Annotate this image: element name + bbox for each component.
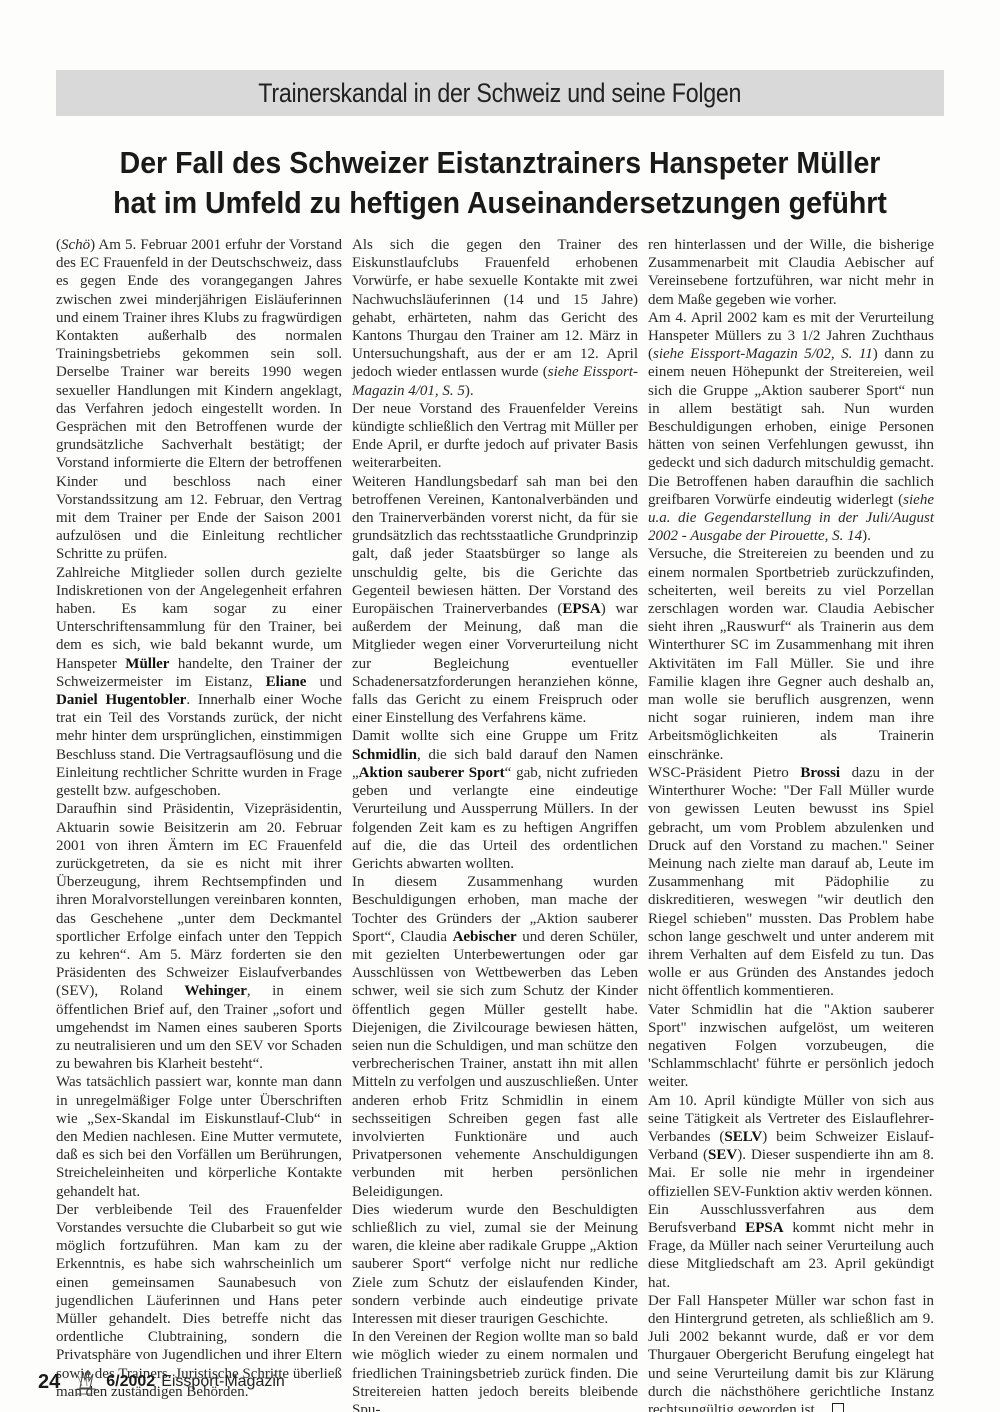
section-banner: Trainerskandal in der Schweiz und seine … — [56, 70, 944, 116]
magazine-name: Eissport-Magazin — [161, 1373, 285, 1391]
bold-name: EPSA — [562, 601, 600, 617]
text-run: Weiteren Handlungsbedarf sah man bei den… — [352, 474, 638, 617]
article-paragraph: Ein Ausschlussverfahren aus dem Berufsve… — [648, 1201, 934, 1292]
text-run: Als sich die gegen den Trainer des Eisku… — [352, 237, 638, 380]
text-run: ). — [862, 528, 871, 544]
page-footer: 24 6/2002 Eissport-Magazin — [38, 1368, 285, 1396]
bold-name: EPSA — [745, 1220, 783, 1236]
article-paragraph: Der Fall Hanspeter Müller war schon fast… — [648, 1292, 934, 1412]
article-paragraph: Versuche, die Streitereien zu beenden un… — [648, 545, 934, 763]
bold-name: Daniel Hugentobler — [56, 692, 186, 708]
article-paragraph: WSC-Präsident Pietro Brossi dazu in der … — [648, 764, 934, 1001]
text-run: Was tatsächlich passiert war, konnte man… — [56, 1074, 342, 1199]
text-run: ) war außerdem der Meinung, daß man die … — [352, 601, 638, 726]
text-run: Der neue Vorstand des Frauenfelder Verei… — [352, 401, 638, 472]
text-run: und — [306, 674, 342, 690]
text-run: Vater Schmidlin hat die "Aktion sauberer… — [648, 1002, 934, 1091]
italic-reference: siehe Eissport-Magazin 5/02, S. 11 — [653, 346, 873, 362]
article-paragraph: Dies wiederum wurde den Beschuldigten sc… — [352, 1201, 638, 1328]
article-paragraph: Weiteren Handlungsbedarf sah man bei den… — [352, 473, 638, 728]
bold-name: Eliane — [266, 674, 307, 690]
article-paragraph: Als sich die gegen den Trainer des Eisku… — [352, 236, 638, 400]
bold-name: SEV — [708, 1147, 737, 1163]
headline-line-2: hat im Umfeld zu heftigen Auseinanderset… — [68, 183, 933, 223]
article-headline: Der Fall des Schweizer Eistanztrainers H… — [30, 143, 970, 223]
bold-name: Wehinger — [184, 983, 247, 999]
text-run: ) Am 5. Februar 2001 erfuhr der Vorstand… — [56, 237, 342, 562]
article-paragraph: Damit wollte sich eine Gruppe um Fritz S… — [352, 727, 638, 873]
article-paragraph: Vater Schmidlin hat die "Aktion sauberer… — [648, 1001, 934, 1092]
bold-name: SELV — [724, 1129, 762, 1145]
page-number: 24 — [38, 1371, 60, 1394]
text-run: ) dann zu einem neuen Höhepunkt der Stre… — [648, 346, 934, 508]
headline-line-1: Der Fall des Schweizer Eistanztrainers H… — [68, 143, 933, 183]
article-paragraph: Zahlreiche Mitglieder sollen durch gezie… — [56, 564, 342, 801]
article-paragraph: Daraufhin sind Präsidentin, Vizepräsiden… — [56, 800, 342, 1073]
text-run: Der Fall Hanspeter Müller war schon fast… — [648, 1293, 934, 1412]
issue-number: 6/2002 — [106, 1373, 155, 1391]
text-run: Versuche, die Streitereien zu beenden un… — [648, 546, 934, 762]
text-run: ren hinterlassen und der Wille, die bish… — [648, 237, 934, 308]
end-of-article-square-icon — [832, 1403, 844, 1412]
text-run: . Innerhalb einer Woche trat ein Teil de… — [56, 692, 342, 799]
text-run: WSC-Präsident Pietro — [648, 765, 800, 781]
text-run: In den Vereinen der Region wollte man so… — [352, 1329, 638, 1412]
bold-name: Müller — [125, 656, 169, 672]
skater-logo-icon — [72, 1368, 98, 1396]
article-paragraph: Der neue Vorstand des Frauenfelder Verei… — [352, 400, 638, 473]
article-column-1: (Schö) Am 5. Februar 2001 erfuhr der Vor… — [56, 236, 342, 1401]
text-run: ). — [465, 383, 474, 399]
bold-name: Aktion sauberer Sport — [359, 765, 505, 781]
text-run: dazu in der Winterthurer Woche: "Der Fal… — [648, 765, 934, 999]
article-paragraph: Was tatsächlich passiert war, konnte man… — [56, 1073, 342, 1200]
bold-name: Aebischer — [453, 929, 517, 945]
italic-reference: Schö — [61, 237, 90, 253]
text-run: Daraufhin sind Präsidentin, Vizepräsiden… — [56, 801, 342, 999]
text-run: Dies wiederum wurde den Beschuldigten sc… — [352, 1202, 638, 1327]
section-title: Trainerskandal in der Schweiz und seine … — [259, 78, 742, 109]
text-run: und deren Schüler, mit gezielten Unterbe… — [352, 929, 638, 1200]
text-run: Damit wollte sich eine Gruppe um Fritz — [352, 728, 638, 744]
article-paragraph: In diesem Zusammenhang wurden Beschuldig… — [352, 873, 638, 1201]
bold-name: Schmidlin — [352, 747, 417, 763]
article-paragraph: Am 4. April 2002 kam es mit der Verurtei… — [648, 309, 934, 546]
article-paragraph: Am 10. April kündigte Müller von sich au… — [648, 1092, 934, 1201]
article-column-2: Als sich die gegen den Trainer des Eisku… — [352, 236, 638, 1412]
article-column-3: ren hinterlassen und der Wille, die bish… — [648, 236, 934, 1412]
article-paragraph: ren hinterlassen und der Wille, die bish… — [648, 236, 934, 309]
article-paragraph: (Schö) Am 5. Februar 2001 erfuhr der Vor… — [56, 236, 342, 564]
article-paragraph: In den Vereinen der Region wollte man so… — [352, 1328, 638, 1412]
bold-name: Brossi — [800, 765, 840, 781]
